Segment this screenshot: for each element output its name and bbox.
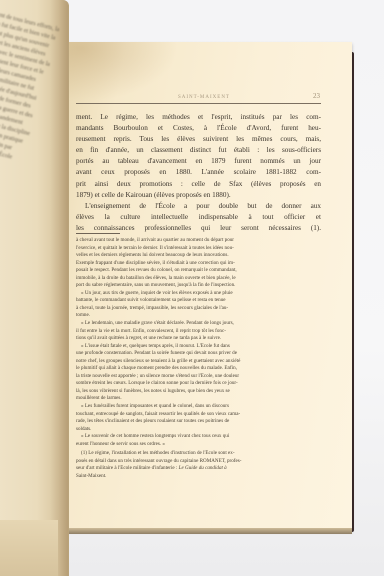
footnote-ref-text: seur d'art militaire à l'École militaire…	[76, 465, 177, 471]
footnote-line: « Le lendemain, une maladie grave s'étai…	[76, 320, 321, 328]
photo-scene: SAINT-MAIXENT 23 ment. Le régime, les mé…	[0, 0, 384, 576]
footnote-line: tions qu'il avait quittées à regret, et …	[76, 335, 321, 343]
footnote-line: eurent l'honneur de servir sous ses ordr…	[76, 441, 321, 449]
book-title-italic: Le Guide du candidat à	[179, 465, 227, 471]
footnote-line: velles et les derniers règlements lui do…	[76, 252, 321, 260]
footnote-line: battante, le commandant suivit volontair…	[76, 297, 321, 305]
footnote-line: sombre étreint les cœurs. Lorsque le cla…	[76, 380, 321, 388]
footnote-line: « L'issue était fatale et, quelques temp…	[76, 343, 321, 351]
footnote-line: « Le souvenir de cet homme restera longt…	[76, 433, 321, 441]
footnote-ref-line: seur d'art militaire à l'École militaire…	[76, 465, 321, 473]
footnote-line: le plumitif qui allait à chaque moment p…	[76, 365, 321, 373]
body-line: prit ainsi deux promotions : celle de Sf…	[76, 179, 321, 190]
footnote-line: tomne.	[76, 312, 321, 320]
footnote-ref-line: posés en détail dans un très intéressant…	[76, 458, 321, 466]
page-stack-edge	[56, 528, 352, 534]
footnote-line: la triste nouvelle est apportée ; un sil…	[76, 373, 321, 381]
footnote-line: Exemple frappant d'une discipline sévère…	[76, 260, 321, 268]
footnote-ref-line: (1) Le régime, l'installation et les mét…	[76, 450, 321, 458]
body-text: ment. Le régime, les méthodes et l'espri…	[76, 112, 321, 234]
footnote-line: soldats.	[76, 426, 321, 434]
footnote-line: rade, les têtes s'inclinaient et des ple…	[76, 418, 321, 426]
footnote-line: une profonde consternation. Pendant la s…	[76, 350, 321, 358]
footnote-ref-line: Saint-Maixent.	[76, 473, 321, 481]
left-page-bottom	[0, 520, 58, 576]
body-line: ment. Le régime, les méthodes et l'espri…	[76, 112, 321, 123]
footnotes: à cheval avant tout le monde, il arrivai…	[76, 237, 321, 481]
page-curl-shade	[50, 0, 68, 576]
footnote-line: à cheval avant tout le monde, il arrivai…	[76, 237, 321, 245]
body-line: en fin d'année, un classement distinct f…	[76, 145, 321, 156]
left-page: ment de tous leurs efforts, la tion fut …	[0, 0, 69, 576]
footnote-line: posait le respect. Pendant les revues du…	[76, 267, 321, 275]
body-line: L'enseignement de l'École a pour double …	[76, 201, 321, 212]
page-number: 23	[313, 92, 320, 100]
footnote-line: port du sabre réglementaire, sans un mou…	[76, 282, 321, 290]
footnote-line: il fut entre la vie et la mort. Enfin, c…	[76, 328, 321, 336]
footnote-line: immobile, à la droite du bataillon des é…	[76, 275, 321, 283]
footnote-line: mouillèrent de larmes.	[76, 395, 321, 403]
body-line: avant ceux proposés en 1880. L'année sco…	[76, 167, 321, 178]
header-rule	[76, 103, 321, 104]
body-line: mandants Bourboulon et Costes, à l'École…	[76, 123, 321, 134]
footnote-line: l'exercice, et quittait le terrain le de…	[76, 245, 321, 253]
body-line: reusement repris. Tous les élèves suivir…	[76, 134, 321, 145]
running-head-title: SAINT-MAIXENT	[95, 95, 313, 100]
body-line: élèves la culture intellectuelle indispe…	[76, 212, 321, 223]
footnote-line: « Un jour, aux tirs de guerre, inquiet d…	[76, 290, 321, 298]
running-head: SAINT-MAIXENT 23	[95, 88, 320, 100]
footnote-line: touchant, entrecoupé de sanglots, faisai…	[76, 411, 321, 419]
footnote-line: notre chef, les groupes silencieux se te…	[76, 358, 321, 366]
footnote-rule	[76, 233, 120, 234]
footnote-line: là, les sons vibrèrent si funèbres, les …	[76, 388, 321, 396]
body-line: portés au tableau d'avancement en 1879 f…	[76, 156, 321, 167]
footnote-line: « Les funérailles furent imposantes et q…	[76, 403, 321, 411]
footnote-line: à cheval, toute la journée, trempé, impa…	[76, 305, 321, 313]
body-line: 1879) et celle de Kairouan (élèves propo…	[76, 190, 321, 201]
